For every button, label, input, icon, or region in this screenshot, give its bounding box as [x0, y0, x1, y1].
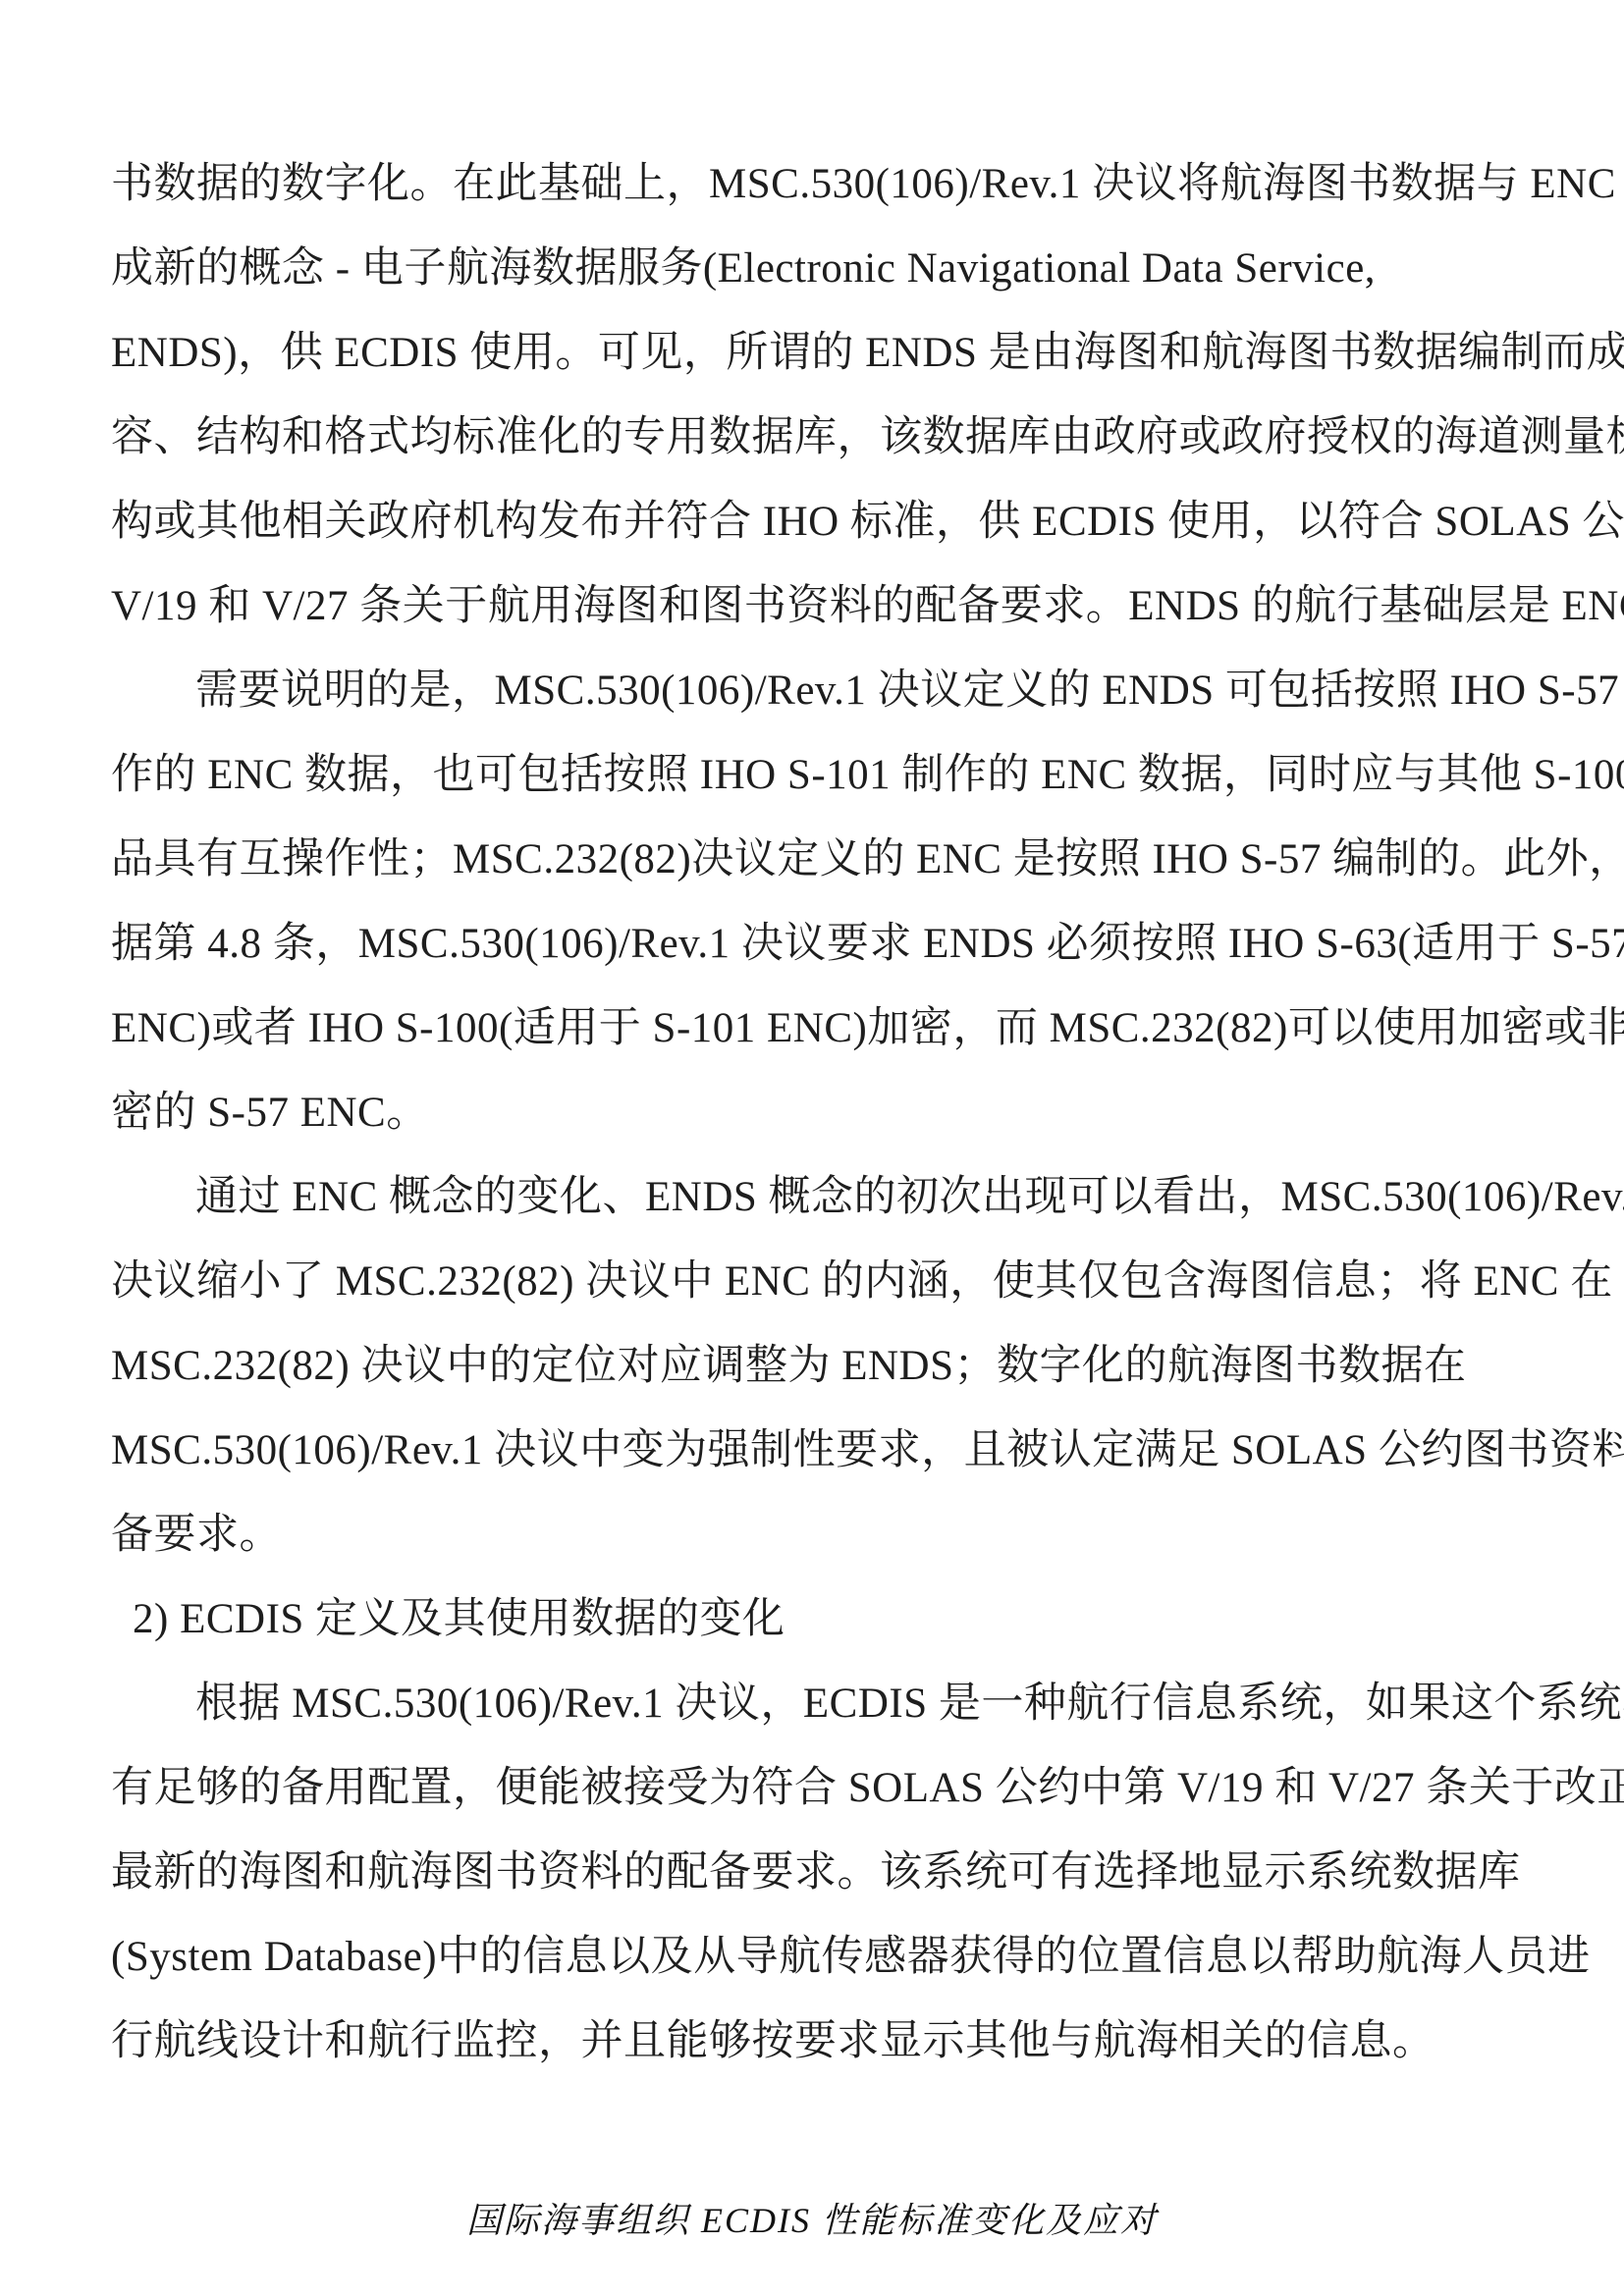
text-line: 密的 S-57 ENC。 — [111, 1071, 1509, 1155]
text-line: 有足够的备用配置，便能被接受为符合 SOLAS 公约中第 V/19 和 V/27… — [111, 1746, 1509, 1831]
text-line: V/19 和 V/27 条关于航用海图和图书资料的配备要求。ENDS 的航行基础… — [111, 564, 1509, 649]
page-footer-title: 国际海事组织 ECDIS 性能标准变化及应对 — [0, 2193, 1624, 2248]
text-line-paragraph-start: 根据 MSC.530(106)/Rev.1 决议，ECDIS 是一种航行信息系统… — [111, 1662, 1509, 1746]
text-line: 备要求。 — [111, 1493, 1509, 1577]
text-line: ENC)或者 IHO S-100(适用于 S-101 ENC)加密，而 MSC.… — [111, 987, 1509, 1071]
document-page: 书数据的数字化。在此基础上，MSC.530(106)/Rev.1 决议将航海图书… — [0, 0, 1624, 2296]
section-heading: 2) ECDIS 定义及其使用数据的变化 — [111, 1577, 1509, 1662]
text-line: 容、结构和格式均标准化的专用数据库，该数据库由政府或政府授权的海道测量机 — [111, 396, 1509, 480]
text-line: 构或其他相关政府机构发布并符合 IHO 标准，供 ECDIS 使用，以符合 SO… — [111, 480, 1509, 564]
text-line: 成新的概念 - 电子航海数据服务(Electronic Navigational… — [111, 227, 1509, 311]
text-line-paragraph-start: 通过 ENC 概念的变化、ENDS 概念的初次出现可以看出，MSC.530(10… — [111, 1155, 1509, 1240]
text-line: MSC.530(106)/Rev.1 决议中变为强制性要求，且被认定满足 SOL… — [111, 1409, 1509, 1493]
text-line: 作的 ENC 数据，也可包括按照 IHO S-101 制作的 ENC 数据，同时… — [111, 733, 1509, 818]
text-line: 最新的海图和航海图书资料的配备要求。该系统可有选择地显示系统数据库 — [111, 1831, 1509, 1915]
text-line-paragraph-start: 需要说明的是，MSC.530(106)/Rev.1 决议定义的 ENDS 可包括… — [111, 649, 1509, 733]
text-line: 品具有互操作性；MSC.232(82)决议定义的 ENC 是按照 IHO S-5… — [111, 818, 1509, 902]
text-line: ENDS)，供 ECDIS 使用。可见，所谓的 ENDS 是由海图和航海图书数据… — [111, 311, 1509, 396]
text-line: 书数据的数字化。在此基础上，MSC.530(106)/Rev.1 决议将航海图书… — [111, 142, 1509, 227]
document-body: 书数据的数字化。在此基础上，MSC.530(106)/Rev.1 决议将航海图书… — [111, 142, 1509, 2084]
text-line: 行航线设计和航行监控，并且能够按要求显示其他与航海相关的信息。 — [111, 2000, 1509, 2084]
text-line: (System Database)中的信息以及从导航传感器获得的位置信息以帮助航… — [111, 1915, 1509, 2000]
text-line: 据第 4.8 条，MSC.530(106)/Rev.1 决议要求 ENDS 必须… — [111, 902, 1509, 987]
text-line: 决议缩小了 MSC.232(82) 决议中 ENC 的内涵，使其仅包含海图信息；… — [111, 1240, 1509, 1324]
text-line: MSC.232(82) 决议中的定位对应调整为 ENDS；数字化的航海图书数据在 — [111, 1324, 1509, 1409]
